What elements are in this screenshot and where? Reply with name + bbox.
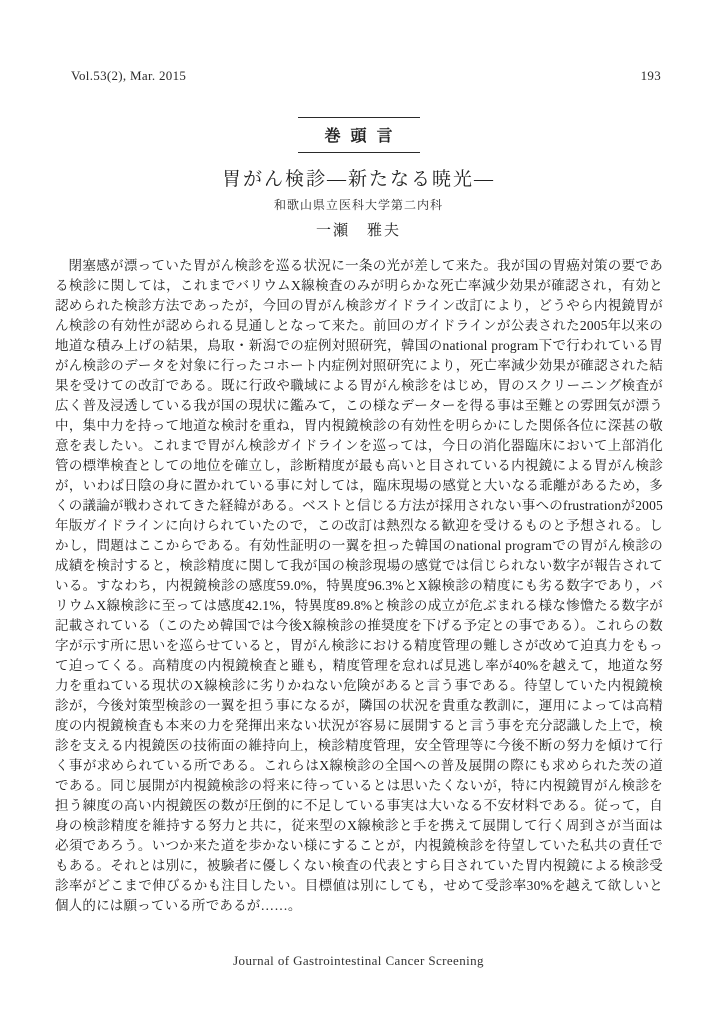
author-affiliation: 和歌山県立医科大学第二内科: [0, 196, 717, 213]
section-banner: 巻頭言: [298, 117, 420, 153]
page-header: Vol.53(2), Mar. 2015 193: [71, 68, 661, 84]
footer-journal-name: Journal of Gastrointestinal Cancer Scree…: [0, 953, 717, 969]
journal-volume-date: Vol.53(2), Mar. 2015: [71, 68, 186, 84]
article-title: 胃がん検診―新たなる暁光―: [0, 164, 717, 191]
page-number: 193: [641, 68, 661, 84]
section-banner-label: 巻頭言: [324, 128, 402, 145]
author-name: 一瀬 雅夫: [0, 219, 717, 240]
editorial-body-text: 閉塞感が漂っていた胃がん検診を巡る状況に一条の光が差して来た。我が国の胃癌対策の…: [55, 256, 663, 916]
document-page: Vol.53(2), Mar. 2015 193 巻頭言 胃がん検診―新たなる暁…: [0, 0, 717, 1012]
